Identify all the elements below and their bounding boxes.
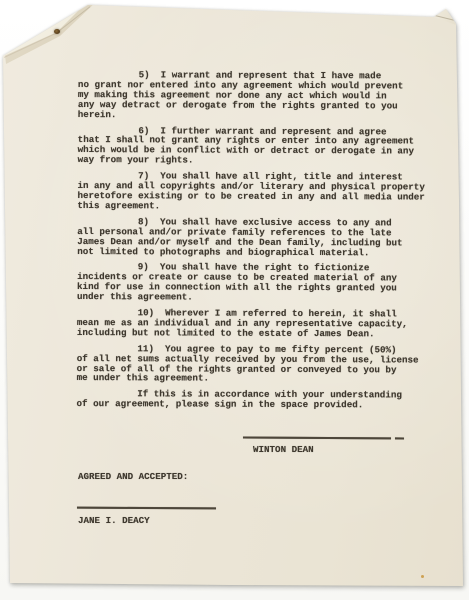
- deacy-name-label: JANE I. DEACY: [78, 516, 150, 526]
- photo-stage: 5) I warrant and represent that I have m…: [0, 0, 469, 600]
- signature-rule: [243, 437, 391, 439]
- winton-signature-line: [243, 437, 404, 440]
- fold-crease-line: [4, 32, 59, 58]
- aging-spot: [421, 575, 424, 578]
- paragraph-11: 11) You agree to pay to me fifty percent…: [77, 344, 435, 385]
- paragraph-5: 5) I warrant and represent that I have m…: [78, 70, 436, 121]
- deacy-signature-line: [77, 507, 216, 510]
- paragraph-6: 6) I further warrant and represent and a…: [78, 126, 436, 167]
- paragraph-7: 7) You shall have all right, title and i…: [77, 171, 435, 212]
- fold-crease-shadow: [0, 0, 110, 80]
- paragraph-8: 8) You shall have exclusive access to an…: [77, 217, 435, 258]
- winton-name-label: WINTON DEAN: [253, 445, 314, 455]
- document-body: 5) I warrant and represent that I have m…: [76, 70, 436, 417]
- agreed-accepted-label: AGREED AND ACCEPTED:: [78, 472, 188, 482]
- staple-rust-dot: [54, 29, 60, 34]
- paper-sheet: 5) I warrant and represent that I have m…: [0, 0, 469, 600]
- top-right-corner-fold: [428, 8, 462, 30]
- fold-crease-line: [57, 6, 91, 33]
- paragraph-9: 9) You shall have the right to fictioniz…: [77, 262, 435, 303]
- under-sheet-edge: [0, 2, 94, 11]
- signature-rule: [395, 437, 404, 439]
- paper-surface: 5) I warrant and represent that I have m…: [0, 0, 469, 600]
- signature-rule: [77, 507, 216, 509]
- paragraph-10: 10) Wherever I am referred to herein, it…: [77, 308, 435, 339]
- closing-paragraph: If this is in accordance with your under…: [77, 389, 435, 410]
